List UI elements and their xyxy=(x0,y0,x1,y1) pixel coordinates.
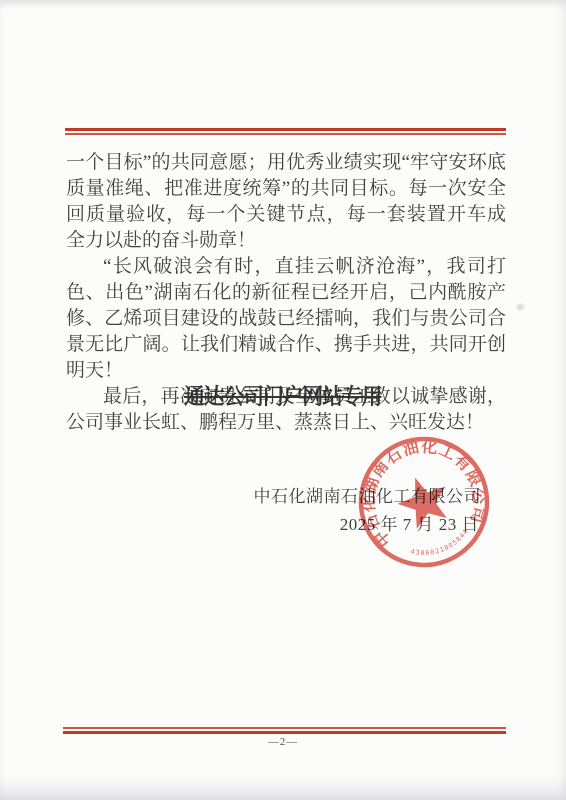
scanned-letter-page: 一个目标”的共同意愿；用优秀业绩实现“牢守安环底线、紧握 质量准绳、把准进度统筹… xyxy=(0,0,566,800)
paragraph-line: 修、乙烯项目建设的战鼓已经擂响，我们与贵公司合作共赢的前 xyxy=(66,306,506,332)
page-number: —2— xyxy=(0,736,566,748)
scan-edge-top xyxy=(0,0,566,10)
paragraph-line: 一个目标”的共同意愿；用优秀业绩实现“牢守安环底线、紧握 xyxy=(66,150,506,176)
paragraph-line: 景无比广阔。让我们精诚合作、携手共进，共同开创更加美好的 xyxy=(66,332,506,358)
rule-thin-line xyxy=(65,133,506,135)
footer-red-rule xyxy=(63,727,506,734)
header-red-rule xyxy=(65,128,506,135)
seal-code-text: 4306021005844 xyxy=(407,526,474,565)
paragraph-line: “长风破浪会有时，直挂云帆济沧海”，我司打造“特色、绿 xyxy=(66,254,506,280)
rule-thick-line xyxy=(63,731,506,735)
seal-star-icon xyxy=(391,469,456,532)
paragraph-line: 色、出色”湖南石化的新征程已经开启，己内酰胺产业链停工检 xyxy=(66,280,506,306)
paragraph-line: 全力以赴的奋斗勋章！ xyxy=(66,228,506,254)
paragraph-line: 质量准绳、把准进度统筹”的共同目标。每一次安全喊话，每一 xyxy=(66,176,506,202)
scan-smudge xyxy=(517,304,524,310)
scan-edge-bottom xyxy=(0,776,566,800)
paragraph-line: 回质量验收，每一个关键节点，每一套装置开车成功，都是你们 xyxy=(66,202,506,228)
watermark-overlay: 通达公司门户网站专用 xyxy=(184,380,381,411)
